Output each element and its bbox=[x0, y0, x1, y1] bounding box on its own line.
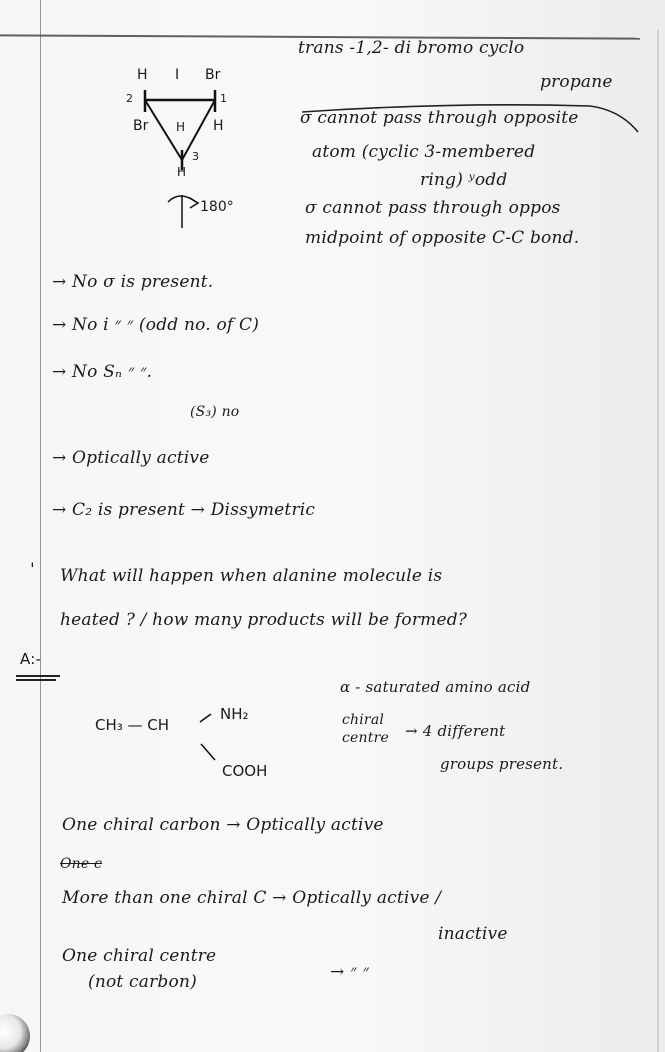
rule-1: One chiral carbon → Optically active bbox=[62, 815, 384, 835]
answer-label: A:- bbox=[20, 650, 41, 668]
title-line-2: propane bbox=[540, 72, 613, 92]
rotation-label: 180° bbox=[200, 199, 234, 215]
c2-number: 2 bbox=[126, 92, 133, 105]
point-5: → C₂ is present → Dissymetric bbox=[52, 500, 315, 520]
point-1: → No σ is present. bbox=[52, 272, 213, 292]
chiral-label-1: chiral bbox=[342, 712, 384, 728]
note-line-1: σ cannot pass through opposite bbox=[300, 108, 579, 128]
point-3-sub: (S₃) no bbox=[190, 404, 239, 420]
rule-struck: One c bbox=[60, 856, 102, 872]
binder-hole bbox=[0, 1014, 30, 1052]
point-3: → No Sₙ ״ ״. bbox=[52, 362, 152, 382]
answer-underline bbox=[16, 675, 60, 677]
rule-3-sub: (not carbon) bbox=[88, 972, 197, 992]
question-line-1: What will happen when alanine molecule i… bbox=[60, 566, 442, 586]
formula-lower: COOH bbox=[222, 762, 267, 780]
note-line-5: midpoint of opposite C-C bond. bbox=[305, 228, 579, 248]
rule-3-result: → ״ ״ bbox=[330, 962, 369, 982]
answer-underline-2 bbox=[16, 679, 56, 681]
chiral-label-2: centre bbox=[342, 730, 389, 746]
margin-line bbox=[40, 0, 41, 1052]
question-line-2: heated ? / how many products will be for… bbox=[60, 610, 467, 630]
c1-bottom-sub: H bbox=[213, 118, 224, 134]
note-line-4: σ cannot pass through oppos bbox=[305, 198, 561, 218]
point-2: → No i ״ ״ (odd no. of C) bbox=[52, 315, 259, 335]
chiral-result: → 4 different bbox=[405, 722, 505, 740]
formula-bonds bbox=[195, 710, 225, 770]
formula-left: CH₃ — CH bbox=[95, 716, 169, 734]
page-edge bbox=[657, 30, 659, 1052]
notebook-page: trans -1,2- di bromo cyclo propane H I B… bbox=[0, 0, 665, 1052]
question-bullet: ' bbox=[30, 560, 35, 580]
side-note-1: α - saturated amino acid bbox=[340, 678, 530, 696]
c2-bottom-sub: Br bbox=[133, 118, 148, 134]
c3-bottom-sub: H bbox=[177, 165, 186, 179]
c2-top-sub: H bbox=[137, 67, 148, 83]
rule-2: More than one chiral C → Optically activ… bbox=[62, 888, 441, 908]
point-4: → Optically active bbox=[52, 448, 209, 468]
chiral-result-2: groups present. bbox=[440, 755, 563, 773]
rule-3: One chiral centre bbox=[62, 946, 216, 966]
title-line-1: trans -1,2- di bromo cyclo bbox=[298, 38, 524, 58]
rule-2-cont: inactive bbox=[438, 924, 508, 944]
cyclopropane-structure bbox=[110, 60, 260, 230]
note-line-3: ring) ʸodd bbox=[420, 170, 507, 190]
c1-number: 1 bbox=[220, 92, 227, 105]
note-line-2: atom (cyclic 3-membered bbox=[312, 142, 535, 162]
c3-top-sub: H bbox=[176, 120, 185, 134]
axis-mark-top: I bbox=[175, 67, 179, 83]
c3-number: 3 bbox=[192, 150, 199, 163]
c1-top-sub: Br bbox=[205, 67, 220, 83]
